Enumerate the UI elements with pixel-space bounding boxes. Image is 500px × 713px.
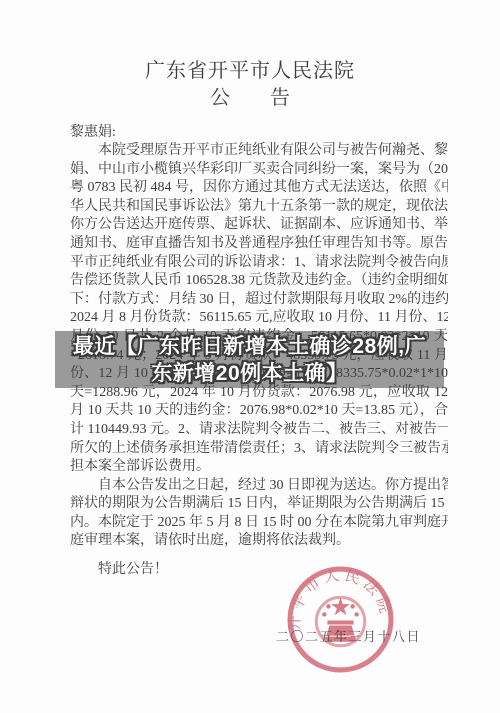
body-line: 自本公告发出之日起，经过 30 日即视为送达。你方提出答 <box>70 477 448 496</box>
court-notice-page: 广东省开平市人民法院 公 告 黎惠娟: 本院受理原告开平市正纯纸业有限公司与被告… <box>0 0 500 713</box>
body-line: 告偿还货款人民币 106528.38 元货款及违约金。（违约金明细如 <box>70 272 448 291</box>
caption-overlay: 最近【广东昨日新增本土确诊28例,广 东新增20例本土确】 <box>55 331 444 388</box>
body-line: 担本案全部诉讼费用。 <box>70 458 448 477</box>
body-line: 月 10 天共 10 天的违约金：2076.98*0.02*10 天=13.85… <box>70 402 448 421</box>
doc-type-title: 公 告 <box>0 81 500 110</box>
body-line: 华人民共和国民事诉讼法》第九十五条第一款的规定，现依法向 <box>70 198 448 217</box>
body-line: 庭审理本案，请依时出庭，逾期将依法裁判。 <box>70 532 448 551</box>
addressee: 黎惠娟: <box>70 121 116 141</box>
body-line: 通知书、庭审直播告知书及普通程序独任审理告知书等。原告开 <box>70 235 448 254</box>
body-line: 内。本院定于 2025 年 5 月 8 日 15 时 00 分在本院第九审判庭开 <box>70 514 448 533</box>
body-line: 所欠的上述债务承担连带清偿责任；3、请求法院判令三被告承 <box>70 440 448 459</box>
body-line: 辩状的期限为公告期满后 15 日内，举证期限为公告期满后 15 日 <box>70 495 448 514</box>
caption-line-1: 最近【广东昨日新增本土确诊28例,广 <box>73 333 426 360</box>
body-line: 本院受理原告开平市正纯纸业有限公司与被告何瀚尧、黎惠 <box>70 142 448 161</box>
closing-line: 特此公告！ <box>98 558 168 578</box>
court-name: 广东省开平市人民法院 <box>0 54 500 83</box>
body-line: 计 110449.93 元。2、请求法院判令被告二、被告三、对被告一 <box>70 421 448 440</box>
body-line: 2024 月 8 月份货款：56115.65 元,应收取 10 月份、11 月份… <box>70 309 448 328</box>
body-line: 下：付款方式：月结 30 日，超过付款期限每月收取 2%的违约金。 <box>70 291 448 310</box>
caption-line-2: 东新增20例本土确】 <box>151 360 347 387</box>
notice-date: 二〇二五年三月十八日 <box>276 626 421 645</box>
body-line: 你方公告送达开庭传票、起诉状、证据副本、应诉通知书、举证 <box>70 216 448 235</box>
body-line: 平市正纯纸业有限公司的诉讼请求：1、请求法院判令被告向原 <box>70 254 448 273</box>
court-seal: 开平市人民法院 <box>285 564 396 675</box>
body-line: 娟、中山市小榄镇兴华彩印厂买卖合同纠纷一案，案号为（2025） <box>70 161 448 180</box>
body-line: 粤 0783 民初 484 号，因你方通过其他方式无法送达，依照《中 <box>70 179 448 198</box>
